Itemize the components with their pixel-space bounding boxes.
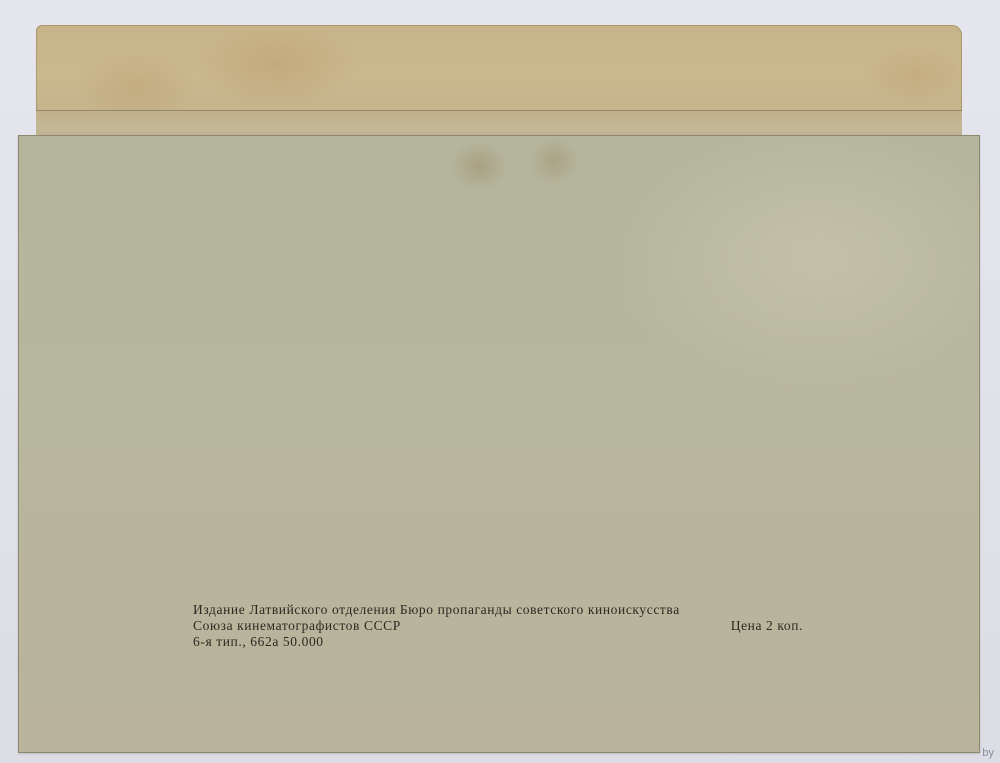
imprint-union-text: Союза кинематографистов СССР	[193, 618, 401, 634]
envelope: Издание Латвийского отделения Бюро пропа…	[0, 0, 1000, 763]
imprint-publisher-text: Издание Латвийского отделения Бюро пропа…	[193, 602, 680, 618]
imprint-line-3: 6-я тип., 662а 50.000	[193, 634, 803, 650]
publisher-imprint: Издание Латвийского отделения Бюро пропа…	[193, 602, 803, 650]
imprint-price-text: Цена 2 коп.	[731, 618, 803, 634]
envelope-back-panel	[18, 135, 980, 753]
imprint-print-run-text: 6-я тип., 662а 50.000	[193, 634, 324, 650]
imprint-line-1: Издание Латвийского отделения Бюро пропа…	[193, 602, 803, 618]
site-watermark: by	[982, 747, 994, 759]
imprint-line-2: Союза кинематографистов СССР Цена 2 коп.	[193, 618, 803, 634]
